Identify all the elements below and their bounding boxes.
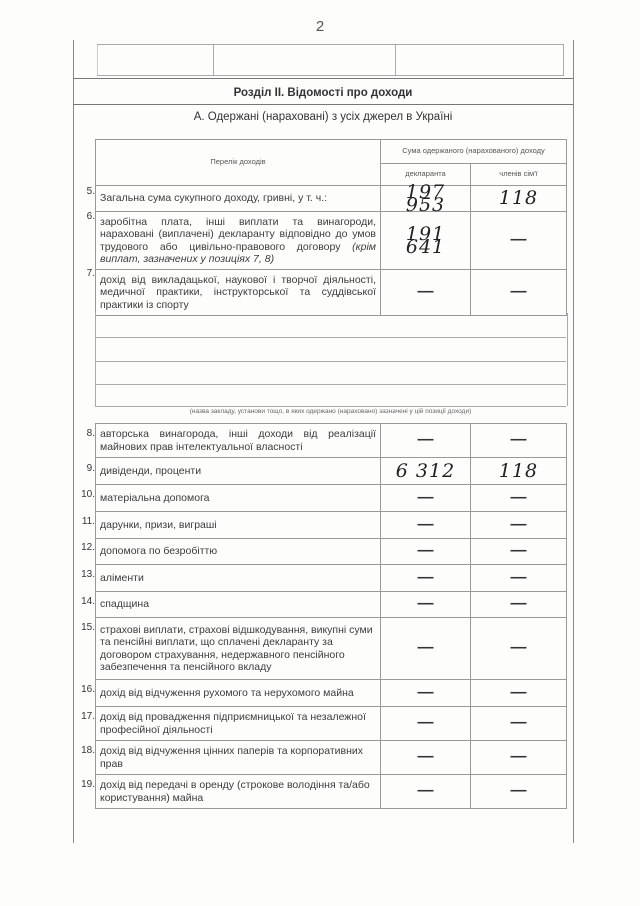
row-number: 7. bbox=[73, 268, 95, 279]
declarant-value: — bbox=[381, 707, 471, 741]
institution-note: (назва закладу, установи тощо, в яких од… bbox=[95, 408, 566, 415]
empty-cell bbox=[214, 45, 396, 75]
row-label: авторська винагорода, інші доходи від ре… bbox=[96, 424, 381, 458]
declarant-value: — bbox=[381, 512, 471, 539]
table-row: дохід від викладацької, наукової і творч… bbox=[96, 270, 567, 316]
previous-section-cells bbox=[97, 44, 564, 76]
row-label: дохід від відчуження рухомого та нерухом… bbox=[96, 680, 381, 707]
table-row: матеріальна допомога — — bbox=[96, 485, 567, 512]
header-sum-group: Сума одержаного (нарахованого) доходу bbox=[381, 140, 567, 164]
table-row: аліменти — — bbox=[96, 565, 567, 592]
row-number: 17. bbox=[73, 711, 95, 722]
row-number: 12. bbox=[73, 542, 95, 553]
row-number: 9. bbox=[73, 463, 95, 474]
declarant-value: 191 641 bbox=[381, 212, 471, 270]
row-label: дохід від викладацької, наукової і творч… bbox=[96, 270, 381, 316]
table-row: страхові виплати, страхові відшкодування… bbox=[96, 618, 567, 680]
declarant-value: — bbox=[381, 270, 471, 316]
family-value: — bbox=[471, 212, 567, 270]
declarant-value: — bbox=[381, 539, 471, 565]
row-number: 19. bbox=[73, 779, 95, 790]
family-value: 118 bbox=[471, 186, 567, 212]
declarant-value: — bbox=[381, 485, 471, 512]
subsection-title: А. Одержані (нараховані) з усіх джерел в… bbox=[73, 111, 573, 123]
row-label: заробітна плата, інші виплати та винагор… bbox=[96, 212, 381, 270]
divider bbox=[73, 78, 573, 79]
declarant-value: — bbox=[381, 775, 471, 809]
header-income-list: Перелік доходів bbox=[96, 140, 381, 186]
table-row: дохід від відчуження рухомого та нерухом… bbox=[96, 680, 567, 707]
institution-line bbox=[95, 406, 566, 407]
row-number: 10. bbox=[73, 489, 95, 500]
page-number: 2 bbox=[0, 18, 640, 35]
row-number: 18. bbox=[73, 745, 95, 756]
row-number: 11. bbox=[73, 516, 95, 527]
family-value: — bbox=[471, 512, 567, 539]
row-label: Загальна сума сукупного доходу, гривні, … bbox=[96, 186, 381, 212]
declarant-value: — bbox=[381, 424, 471, 458]
row-number: 13. bbox=[73, 569, 95, 580]
institution-line bbox=[95, 384, 566, 385]
family-value: — bbox=[471, 775, 567, 809]
family-value: — bbox=[471, 539, 567, 565]
table-row: заробітна плата, інші виплати та винагор… bbox=[96, 212, 567, 270]
row-label: аліменти bbox=[96, 565, 381, 592]
row-label: дарунки, призи, виграші bbox=[96, 512, 381, 539]
income-table-b: авторська винагорода, інші доходи від ре… bbox=[95, 423, 567, 809]
institution-line bbox=[95, 337, 566, 338]
table-row: дохід від відчуження цінних паперів та к… bbox=[96, 741, 567, 775]
row-number: 14. bbox=[73, 596, 95, 607]
empty-cell bbox=[97, 45, 214, 75]
table-row: Загальна сума сукупного доходу, гривні, … bbox=[96, 186, 567, 212]
divider bbox=[73, 104, 573, 105]
family-value: — bbox=[471, 270, 567, 316]
row-label: матеріальна допомога bbox=[96, 485, 381, 512]
family-value: — bbox=[471, 424, 567, 458]
row-label: дивіденди, проценти bbox=[96, 458, 381, 485]
row-label: дохід від відчуження цінних паперів та к… bbox=[96, 741, 381, 775]
table-row: дарунки, призи, виграші — — bbox=[96, 512, 567, 539]
row-label-text: заробітна плата, інші виплати та винагор… bbox=[100, 216, 376, 253]
header-family: членів сім'ї bbox=[471, 164, 567, 186]
table-row: дивіденди, проценти 6 312 118 bbox=[96, 458, 567, 485]
row-number: 8. bbox=[73, 428, 95, 439]
family-value: — bbox=[471, 618, 567, 680]
institution-lines bbox=[95, 313, 568, 406]
family-value: 118 bbox=[471, 458, 567, 485]
row-label: спадщина bbox=[96, 592, 381, 618]
row-label: допомога по безробіттю bbox=[96, 539, 381, 565]
declarant-value: — bbox=[381, 592, 471, 618]
family-value: — bbox=[471, 485, 567, 512]
row-label: дохід від передачі в оренду (строкове во… bbox=[96, 775, 381, 809]
family-value: — bbox=[471, 707, 567, 741]
declarant-value: — bbox=[381, 618, 471, 680]
table-row: спадщина — — bbox=[96, 592, 567, 618]
row-number: 16. bbox=[73, 684, 95, 695]
family-value: — bbox=[471, 680, 567, 707]
table-row: допомога по безробіттю — — bbox=[96, 539, 567, 565]
declarant-value: — bbox=[381, 565, 471, 592]
table-row: дохід від провадження підприємницької та… bbox=[96, 707, 567, 741]
declarant-value: — bbox=[381, 680, 471, 707]
income-table-a: Перелік доходів Сума одержаного (нарахов… bbox=[95, 139, 567, 316]
declarant-value: — bbox=[381, 741, 471, 775]
row-number: 5. bbox=[73, 186, 95, 197]
institution-line bbox=[95, 361, 566, 362]
table-row: дохід від передачі в оренду (строкове во… bbox=[96, 775, 567, 809]
family-value: — bbox=[471, 741, 567, 775]
section-title: Розділ II. Відомості про доходи bbox=[73, 84, 573, 102]
table-row: авторська винагорода, інші доходи від ре… bbox=[96, 424, 567, 458]
row-label: страхові виплати, страхові відшкодування… bbox=[96, 618, 381, 680]
row-number: 15. bbox=[73, 622, 95, 633]
declarant-value: 6 312 bbox=[381, 458, 471, 485]
family-value: — bbox=[471, 592, 567, 618]
declarant-value: 197 953 bbox=[381, 186, 471, 212]
family-value: — bbox=[471, 565, 567, 592]
empty-cell bbox=[396, 45, 564, 75]
row-number: 6. bbox=[73, 211, 95, 222]
row-label: дохід від провадження підприємницької та… bbox=[96, 707, 381, 741]
